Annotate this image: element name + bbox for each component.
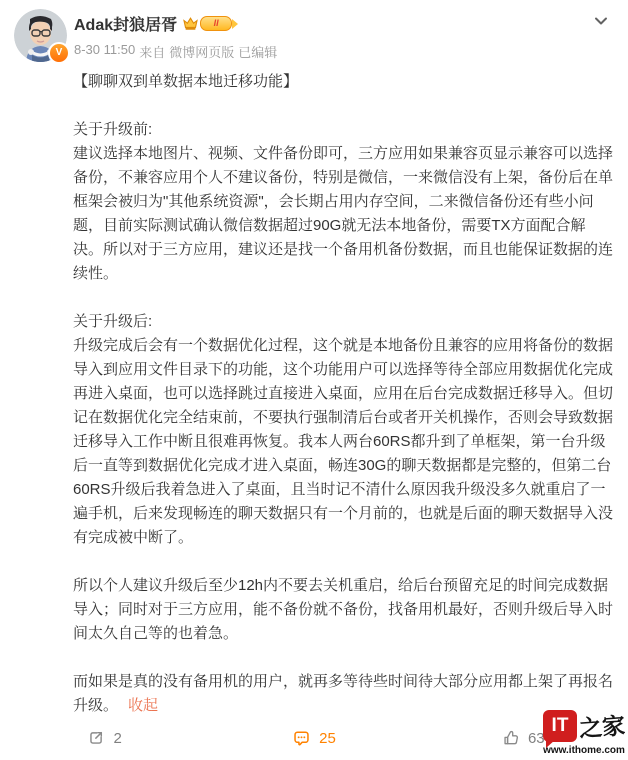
- action-bar: 2 25 63: [0, 716, 628, 760]
- crown-icon: [182, 16, 199, 31]
- post-source-link[interactable]: 微博网页版: [169, 42, 234, 61]
- post-paragraph: 而如果是真的没有备用机的用户，就再多等待些时间待大部分应用都上架了再报名升级。收…: [73, 670, 614, 718]
- edited-label: 已编辑: [238, 42, 277, 61]
- ithome-watermark: IT 之家 www.ithome.com: [542, 709, 626, 756]
- comment-icon: [292, 729, 311, 748]
- vip-badge-tail: [232, 19, 238, 29]
- verified-badge-icon: V: [48, 42, 70, 64]
- repost-icon: [87, 729, 105, 747]
- repost-count: 2: [113, 730, 121, 747]
- source-prefix: 来自: [139, 42, 165, 61]
- post-title: 【聊聊双到单数据本地迁移功能】: [73, 70, 614, 94]
- chevron-down-icon: [590, 10, 612, 32]
- vip-level-badge: II: [200, 16, 232, 31]
- post-paragraph: 关于升级前: 建议选择本地图片、视频、文件备份即可，三方应用如果兼容页显示兼容可…: [73, 118, 614, 286]
- post-header: V Adak封狼居胥 II 8-30 11:50 来自 微博网页版 已编辑: [0, 0, 628, 70]
- repost-button[interactable]: 2: [0, 729, 209, 747]
- ithome-logo-icon: IT: [543, 710, 577, 742]
- post-content: 【聊聊双到单数据本地迁移功能】 关于升级前: 建议选择本地图片、视频、文件备份即…: [73, 70, 614, 718]
- post-paragraph: 关于升级后: 升级完成后会有一个数据优化过程，这个就是本地备份且兼容的应用将备份…: [73, 310, 614, 550]
- post-time: 8-30 11:50: [74, 42, 135, 61]
- author-name[interactable]: Adak封狼居胥: [74, 12, 177, 35]
- comment-button[interactable]: 25: [209, 729, 418, 748]
- ithome-logo-cn: 之家: [578, 707, 626, 743]
- post-menu-button[interactable]: [590, 10, 612, 32]
- vip-crown-badge[interactable]: II: [182, 16, 238, 31]
- avatar[interactable]: V: [14, 9, 67, 62]
- post-paragraph: 所以个人建议升级后至少12h内不要去关机重启，给后台预留充足的时间完成数据导入；…: [73, 574, 614, 646]
- comment-count: 25: [319, 730, 336, 747]
- thumbs-up-icon: [502, 729, 520, 747]
- collapse-link[interactable]: 收起: [128, 697, 158, 714]
